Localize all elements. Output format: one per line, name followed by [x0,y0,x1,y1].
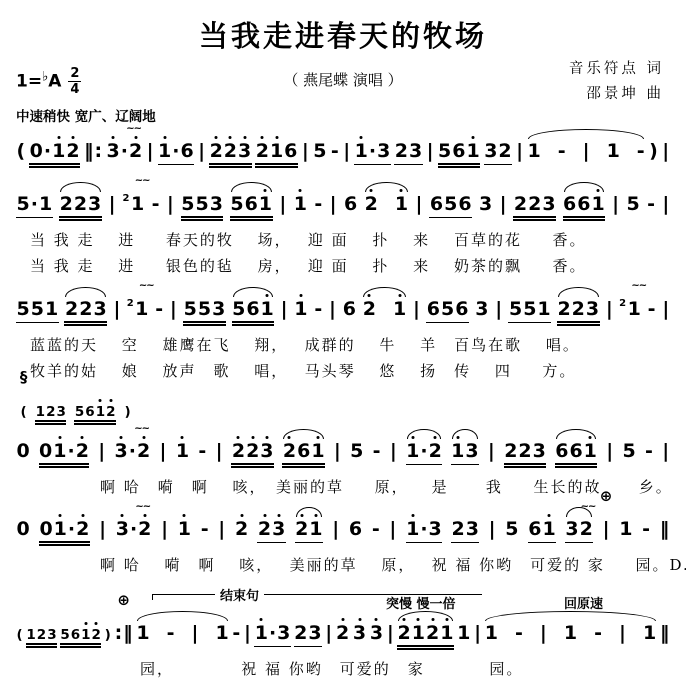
note-char: | [662,442,670,462]
note-cell: 261 [282,442,325,468]
coda-icon: ⊕ [600,489,613,505]
note-char: 5 [505,520,519,540]
note-char: - [200,520,209,540]
note-char: | [169,300,177,320]
note-cell: 123 [35,401,66,425]
note-cell: 1 [484,624,498,644]
note-char: 6 [555,442,569,462]
note-char: 1 [484,624,498,644]
bar-line: | [389,520,397,540]
note-char: 3 [408,142,422,162]
note-char: 2 [257,520,271,540]
note-char: 1 [158,142,172,162]
note-char: 2 [91,628,101,642]
note-char: 5 [438,142,452,162]
note-char: 1 [606,142,620,162]
note-char: - [232,624,241,644]
note-cell: 561 [438,142,481,168]
note-char: - [647,300,656,320]
note-char: · [67,442,75,462]
note-char: 1 [269,142,283,162]
note-char: 5 [232,300,246,320]
note-char: 6 [180,142,194,162]
note-cell: 1·3 [406,520,443,543]
note-char: ‖ [123,624,134,644]
note-cell: ) [124,401,131,421]
note-char: : [94,142,103,162]
bar-line: | [662,442,670,462]
note-cell: 21~~ [127,299,149,320]
note-cell: 6 [344,195,358,215]
note-char: | [98,442,106,462]
note-cell: 1 [457,624,471,644]
bar-line: | [487,442,495,462]
note-cell: 5·1 [16,195,53,218]
note-char: | [516,142,524,162]
note-cell: 2121 [397,624,454,650]
note-char: ) [124,405,131,419]
note-cell: 661 [555,442,598,468]
note-group-slurred: 1-|1 [136,624,229,644]
bar-line: | [662,195,670,215]
note-char: | [662,300,670,320]
bar-line: | [280,300,288,320]
note-cell: 23 [294,624,322,647]
note-char: 6 [246,300,260,320]
bar-line: | [605,300,613,320]
note-char: 6 [426,300,440,320]
note-cell: - [372,442,381,462]
note-char: 5 [523,300,537,320]
note-char: 2 [504,442,518,462]
lyric-line: 蓝蓝的天 空 雄鹰在飞 翔， 成群的 牛 羊 百鸟在歌 唱。 [14,334,672,355]
note-char: | [487,442,495,462]
note-char: 1 [619,520,633,540]
note-char: 1 [394,195,408,215]
note-cell: ( [16,624,23,644]
note-char: 1 [542,520,556,540]
note-char: 3 [475,300,489,320]
note-cell: 21~~ [123,194,145,215]
note-cell: 2 [362,300,376,320]
note-char: | [280,300,288,320]
note-char: 1 [537,300,551,320]
note-char: 5 [350,442,364,462]
system-2-verse: 5·1223|21~~-|553561|1-|621|6563|223661|5… [14,177,672,276]
note-char: 0 [16,442,30,462]
note-char: · [420,442,428,462]
note-cell: - [314,300,323,320]
note-char: 2 [106,405,116,419]
system-1-intro: (0·12‖:3·2~~|1·6|223216|5-|1·323|56132|1… [14,125,672,171]
song-title: 当我走进春天的牧场 [14,14,672,55]
lyric-line: 牧羊的姑 娘 放声 歌 唱， 马头琴 悠 扬 传 四 方。 [14,360,672,381]
note-char: 6 [342,300,356,320]
note-char: 5 [230,195,244,215]
note-cell: 5612 [74,401,116,425]
note-cell: 561 [230,195,273,221]
note-char: 5 [197,300,211,320]
note-cell: 23 [394,142,422,165]
note-char: ‖ [659,624,670,644]
note-cell: 1 [215,624,229,644]
note-char: 1 [591,195,605,215]
note-char: 2 [209,142,223,162]
note-char: · [120,142,128,162]
note-char: 2 [137,442,151,462]
note-cell: 61 [528,520,556,543]
bar-line: | [516,142,524,162]
note-char: | [618,624,626,644]
note-char: 3 [277,624,291,644]
end-phrase-label: 结束句 [215,585,264,604]
note-char: ‖ [659,520,670,540]
note-cell: 5612 [60,624,102,648]
bar-line: | [495,300,503,320]
note-char: - [636,142,645,162]
tremolo-icon: ~~ [139,281,154,292]
note-cell: 553 [181,195,224,221]
note-cell: ) [649,142,659,162]
note-char: 6 [563,195,577,215]
note-cell: - [515,624,524,644]
note-group-slurred: 21 [364,195,408,215]
bar-line: | [606,442,614,462]
note-cell: 5 [622,442,636,462]
note-char: 3 [352,624,366,644]
note-cell: 223 [513,195,556,221]
note-char: 1 [466,142,480,162]
note-char: | [389,520,397,540]
note-char: 3 [56,405,66,419]
note-char: 2 [394,142,408,162]
note-char: 1 [26,628,36,642]
note-char: 2 [246,442,260,462]
lyric-line: 当 我 走 进 春天的牧 场， 迎 面 扑 来 百草的花 香。 [14,229,672,250]
notation-row: 001·2|3·2~~|1-|22321|6-|1·323|56132~~|⊕1… [14,503,672,549]
note-char: 3 [478,195,492,215]
note-char: 3 [565,520,579,540]
note-char: ( [16,628,23,642]
note-cell: - [594,624,603,644]
note-char: | [301,142,309,162]
note-cell: 5 [350,442,364,462]
note-cell: ( [16,142,26,162]
note-char: 6 [452,142,466,162]
note-cell: 2 [234,520,248,540]
bar-line: | [198,142,206,162]
note-char: | [426,142,434,162]
note-char: · [43,142,51,162]
note-char: 3 [542,195,556,215]
tempo-back-label: 回原速 [564,593,603,612]
note-char: | [191,624,199,644]
notation-row: (1235612):‖⊕1-|1-|1·323|233|21211|1-|1-|… [14,607,672,653]
note-cell: 6 [348,520,362,540]
note-char: 5 [444,195,458,215]
bar-line: | [412,300,420,320]
note-char: | [495,300,503,320]
note-char: 2 [66,142,80,162]
cue-notation-row: (§1235612) [14,387,672,425]
note-cell: 23 [451,520,479,543]
note-char: 2 [231,442,245,462]
note-char: 2 [128,142,142,162]
note-cell: 1 [606,142,620,162]
note-char: | [582,142,590,162]
note-cell: 3·2~~ [106,142,143,162]
bar-line: | [215,442,223,462]
note-char: 2 [557,300,571,320]
bar-line: | [329,195,337,215]
note-char: 0 [16,520,30,540]
grace-note: 2 [619,298,626,309]
note-cell: 01·2 [39,520,90,546]
bar-line: |⊕ [602,520,610,540]
note-cell: 01·2 [39,442,90,468]
note-cell: 223 [504,442,547,468]
note-cell: 2 [364,195,378,215]
note-char: 1 [451,442,465,462]
note-char: 3 [428,520,442,540]
bar-line: ‖ [659,624,670,644]
bar-line: | [99,520,107,540]
bar-line: | [618,624,626,644]
note-cell: 3·2~~ [114,442,151,462]
note-char: | [412,300,420,320]
note-char: 6 [297,442,311,462]
bar-line: | [169,300,177,320]
lyric-line: 啊 哈 嗬 啊 咳， 美丽的草 原， 是 我 生长的故 乡。 [14,476,672,497]
note-char: 1 [52,142,66,162]
note-char: 2 [513,195,527,215]
note-char: 1 [81,628,91,642]
note-char: 1 [392,300,406,320]
note-cell: 32~~ [565,520,593,543]
note-char: 1 [53,442,67,462]
note-char: 2 [223,142,237,162]
note-char: | [244,624,252,644]
note-cell: 5 [626,195,640,215]
note-char: | [386,624,394,644]
note-group-slurred: 21 [362,300,406,320]
note-cell: 1 [619,520,633,540]
note-cell: - [166,624,175,644]
note-char: 5 [74,405,84,419]
note-cell: - [200,520,209,540]
bar-line: | [159,442,167,462]
note-cell: - [232,624,241,644]
note-char: - [198,442,207,462]
notation-row: 551223|21~~-|553561|1-|621|6563|551223|2… [14,282,672,329]
note-char: | [108,195,116,215]
note-char: ‖ [83,142,94,162]
note-char: 6 [244,195,258,215]
bar-line: | [161,520,169,540]
note-char: 3 [93,300,107,320]
note-char: | [415,195,423,215]
note-char: | [343,142,351,162]
note-char: 1 [175,442,189,462]
note-char: 2 [46,405,56,419]
note-char: - [594,624,603,644]
note-cell: 551 [16,300,59,323]
note-char: 1 [258,195,272,215]
sudden-slow-label: 突慢 慢一倍 [386,593,456,612]
note-cell: 3 [369,624,383,644]
note-cell: 5 [505,520,519,540]
credits: 音乐符点 词 邵景坤 曲 [569,57,664,108]
note-cell: 1·3 [254,624,291,647]
note-char: 3 [272,520,286,540]
note-char: 1 [136,624,150,644]
note-cell: 0·12 [29,142,80,168]
note-cell: 13 [451,442,479,465]
note-cell: 32 [484,142,512,165]
bar-line: | [662,142,670,162]
note-char: 2 [362,300,376,320]
bar-line: | [301,142,309,162]
sheet-music-page: 当我走进春天的牧场 1=♭A24 中速稍快 宽广、辽阔地 （ 燕尾蝶 演唱 ） … [0,0,686,679]
note-char: · [420,520,428,540]
note-char: 2 [79,300,93,320]
note-char: 0 [39,442,53,462]
note-char: - [314,195,323,215]
note-char: 6 [284,142,298,162]
note-char: 2 [295,520,309,540]
note-char: | [612,195,620,215]
bar-line: | [333,442,341,462]
note-char: | [159,442,167,462]
note-char: ( [16,142,26,162]
note-cell: - [198,442,207,462]
note-char: 3 [585,300,599,320]
bar-line: | [325,624,333,644]
note-char: 5 [626,195,640,215]
note-cell: 1 [563,624,577,644]
note-char: 1 [293,195,307,215]
note-char: | [328,300,336,320]
note-cell: 21~~ [619,299,641,320]
coda-icon: ⊕ [117,593,130,609]
note-char: 2 [255,142,269,162]
bracket-line [152,594,215,600]
note-char: | [166,195,174,215]
tremolo-icon: ~~ [581,502,596,513]
note-char: 1 [527,142,541,162]
note-char: | [662,142,670,162]
note-cell: 0 [16,520,30,540]
note-cell: 1 [136,624,150,644]
bar-line: | [386,624,394,644]
note-char: 5 [195,195,209,215]
note-char: ) [104,628,111,642]
note-char: - [151,195,160,215]
note-cell: 123 [26,624,57,648]
note-char: 2 [528,195,542,215]
note-char: 5 [16,195,30,215]
note-char: 5 [440,300,454,320]
notation-row: 5·1223|21~~-|553561|1-|621|6563|223661|5… [14,177,672,224]
note-char: | [488,520,496,540]
note-char: 1 [294,300,308,320]
note-char: 6 [569,442,583,462]
note-cell: ) [104,624,111,644]
note-char: 3 [238,142,252,162]
note-char: | [279,195,287,215]
note-char: | [198,142,206,162]
note-char: 0 [39,520,53,540]
note-char: · [368,142,376,162]
note-char: 3 [465,442,479,462]
note-char: | [113,300,121,320]
bar-line: :‖⊕ [114,624,133,644]
note-char: | [605,300,613,320]
tremolo-icon: ~~ [134,424,149,435]
note-char: 3 [377,142,391,162]
note-char: 2 [579,520,593,540]
note-char: 5 [181,195,195,215]
note-cell: 656 [426,300,469,323]
bar-line: | [474,624,482,644]
note-char: | [325,624,333,644]
note-char: ) [649,142,659,162]
bar-line: | [98,442,106,462]
note-char: 3 [369,624,383,644]
note-char: · [129,520,137,540]
note-char: 2 [64,300,78,320]
note-char: 2 [36,628,46,642]
note-char: 3 [114,442,128,462]
note-cell: 1·3 [354,142,391,165]
note-cell: 1 [294,300,308,320]
note-char: 6 [577,195,591,215]
lyric-line: 当 我 走 进 银色的毡 房， 迎 面 扑 来 奶茶的飘 香。 [14,255,672,276]
note-char: 1 [309,520,323,540]
note-char: 5 [16,300,30,320]
note-char: 1 [254,624,268,644]
lyric-line: 啊 哈 嗬 啊 咳， 美丽的草 原， 祝 福 你哟 可爱的 家 园。D.S. [14,554,672,575]
note-char: 2 [397,624,411,644]
note-char: 1 [440,624,454,644]
note-char: - [645,442,654,462]
bar-line: | [662,300,670,320]
tremolo-icon: ~~ [126,124,141,135]
note-char: 1 [215,624,229,644]
note-cell: 1 [527,142,541,162]
note-cell: 223 [557,300,600,326]
note-char: | [215,442,223,462]
note-char: - [372,442,381,462]
grace-note: 2 [123,193,130,204]
note-cell: 3 [478,195,492,215]
note-cell: - [155,300,164,320]
bar-line: | [389,442,397,462]
composer-credit: 邵景坤 曲 [569,82,664,107]
note-char: 2 [59,195,73,215]
note-cell: 0 [16,442,30,462]
lyric-line: 园， 祝 福 你哟 可爱的 家 园。 [14,658,672,679]
note-char: 5 [313,142,327,162]
note-cell: 5 [313,142,327,162]
note-char: 2 [428,442,442,462]
note-cell: 661 [563,195,606,221]
note-cell: 1 [293,195,307,215]
note-char: | [146,142,154,162]
note-char: - [515,624,524,644]
note-char: | [606,442,614,462]
bar-line: | [328,300,336,320]
